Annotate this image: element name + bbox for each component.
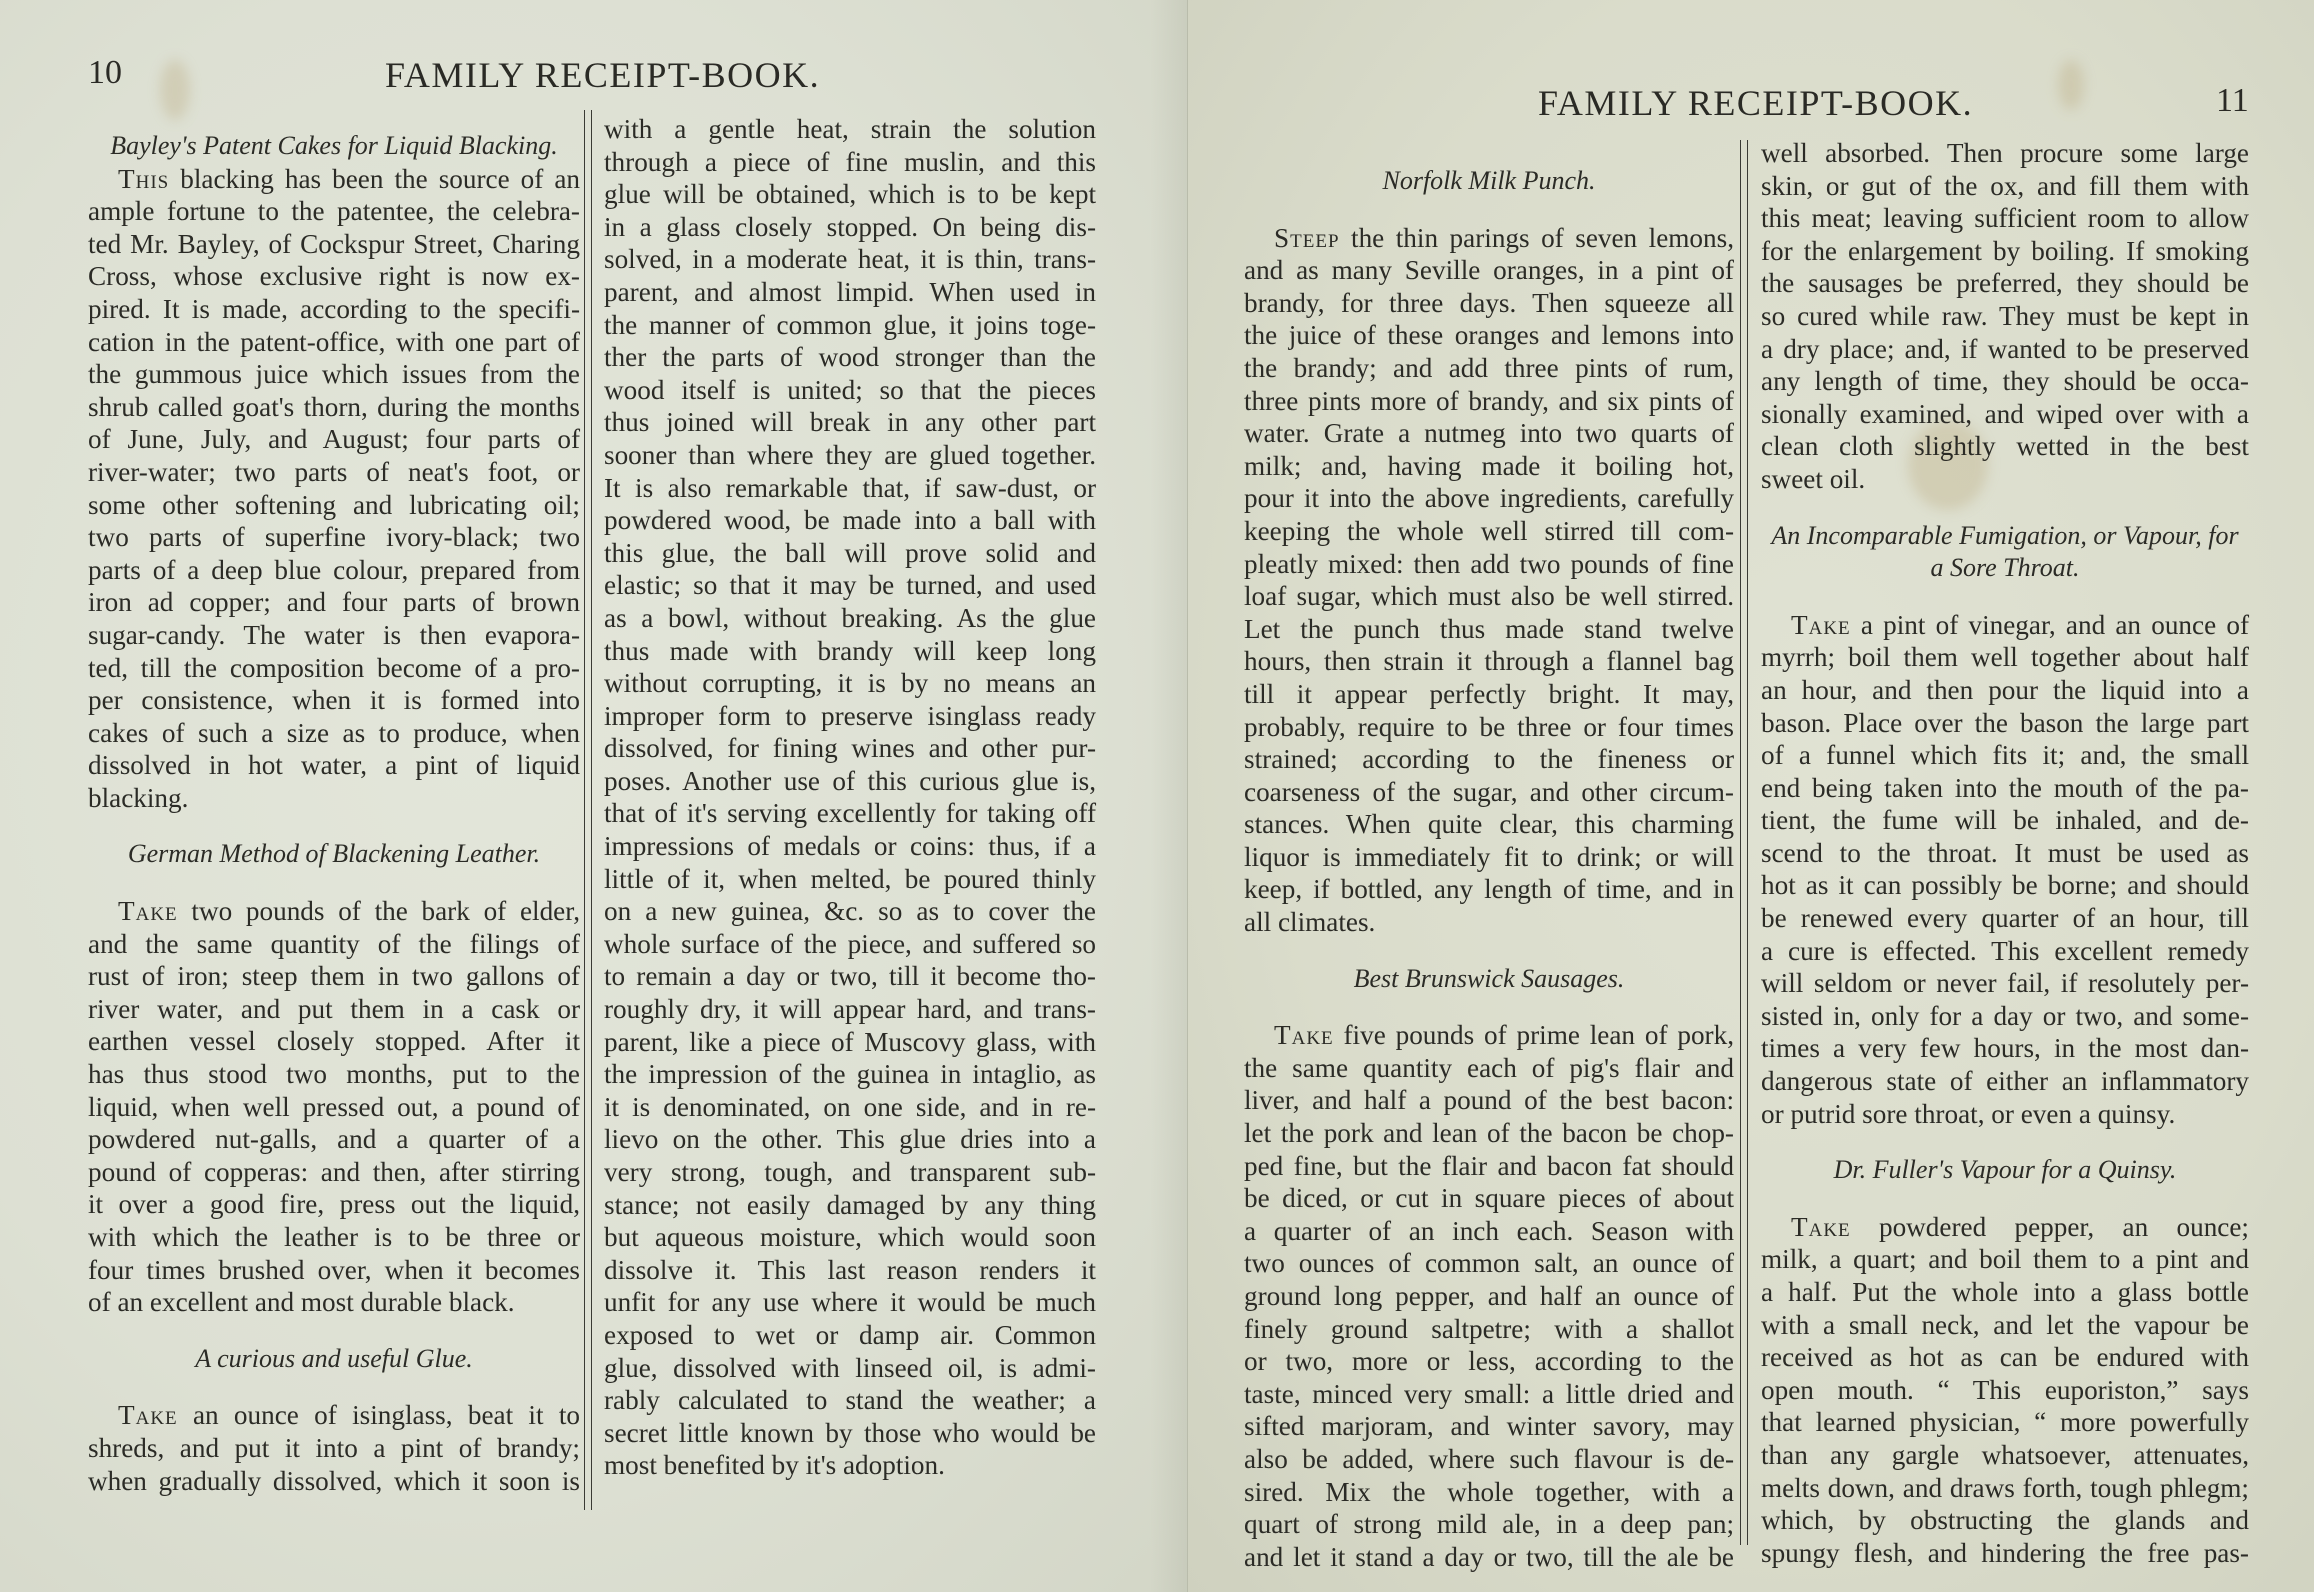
line-text: a cure is effected. This excellent remed… [1761, 936, 2249, 966]
line-text: stance; not easily damaged by any thing [604, 1190, 1096, 1220]
line-text: well absorbed. Then procure some large [1761, 138, 2249, 168]
text-line: sionally examined, and wiped over with a [1761, 398, 2249, 431]
paragraph-gap [88, 1319, 580, 1343]
line-text: four times brushed over, when it becomes [88, 1255, 580, 1285]
text-line: cation in the patent-office, with one pa… [88, 326, 580, 359]
text-line: pired. It is made, according to the spec… [88, 293, 580, 326]
text-line: when gradually dissolved, which it soon … [88, 1465, 580, 1498]
text-line: finely ground saltpetre; with a shallot [1244, 1313, 1734, 1346]
text-line: Let the punch thus made stand twelve [1244, 613, 1734, 646]
line-text: powdered pepper, an ounce; [1851, 1212, 2249, 1242]
line-text: It is also remarkable that, if saw-dust,… [604, 473, 1096, 503]
text-line: and let it stand a day or two, till the … [1244, 1541, 1734, 1574]
line-text: sired. Mix the whole together, with a [1244, 1477, 1734, 1507]
line-text: as a bowl, without breaking. As the glue [604, 603, 1096, 633]
line-text: thus joined will break in any other part [604, 407, 1096, 437]
text-line: bason. Place over the bason the large pa… [1761, 707, 2249, 740]
text-line: be renewed every quarter of an hour, til… [1761, 902, 2249, 935]
line-text: two ounces of common salt, an ounce of [1244, 1248, 1734, 1278]
text-line: Take an ounce of isinglass, beat it to [88, 1399, 580, 1432]
text-line: till it appear perfectly bright. It may, [1244, 678, 1734, 711]
line-text: elastic; so that it may be turned, and u… [604, 570, 1096, 600]
line-text: blacking has been the source of an [169, 164, 580, 194]
small-caps-lead: This [118, 164, 169, 194]
line-text: keep, if bottled, any length of time, an… [1244, 874, 1734, 904]
text-line: the same quantity each of pig's flair an… [1244, 1052, 1734, 1085]
line-text: with a small neck, and let the vapour be [1761, 1310, 2249, 1340]
text-line: poses. Another use of this curious glue … [604, 765, 1096, 798]
line-text: parent, and almost limpid. When used in [604, 277, 1096, 307]
text-line: pour it into the above ingredients, care… [1244, 482, 1734, 515]
text-line: parent, and almost limpid. When used in [604, 276, 1096, 309]
line-text: of June, July, and August; four parts of [88, 424, 580, 454]
line-text: that of it's serving excellently for tak… [604, 798, 1096, 828]
line-text: roughly dry, it will appear hard, and tr… [604, 994, 1096, 1024]
line-text: wood itself is united; so that the piece… [604, 375, 1096, 405]
text-line: dissolved in hot water, a pint of liquid [88, 749, 580, 782]
text-line: with a small neck, and let the vapour be [1761, 1309, 2249, 1342]
text-line: on a new guinea, &c. so as to cover the [604, 895, 1096, 928]
line-text: a pint of vinegar, and an ounce of [1851, 610, 2249, 640]
text-line: probably, require to be three or four ti… [1244, 711, 1734, 744]
paragraph-gap [1761, 496, 2249, 520]
text-line: which, by obstructing the glands and [1761, 1504, 2249, 1537]
line-text: through a piece of fine muslin, and this [604, 147, 1096, 177]
line-text: sionally examined, and wiped over with a [1761, 399, 2249, 429]
line-text: bason. Place over the bason the large pa… [1761, 708, 2249, 738]
text-line: and as many Seville oranges, in a pint o… [1244, 254, 1734, 287]
line-text: pound of copperas: and then, after stirr… [88, 1157, 580, 1187]
line-text: milk; and, having made it boiling hot, [1244, 451, 1734, 481]
line-text: water. Grate a nutmeg into two quarts of [1244, 418, 1734, 448]
text-line: let the pork and lean of the bacon be ch… [1244, 1117, 1734, 1150]
text-line: Take a pint of vinegar, and an ounce of [1761, 609, 2249, 642]
text-line: coarseness of the sugar, and other circu… [1244, 776, 1734, 809]
text-line: sired. Mix the whole together, with a [1244, 1476, 1734, 1509]
text-line: ample fortune to the patentee, the celeb… [88, 195, 580, 228]
line-text: tient, the fume will be inhaled, and de- [1761, 805, 2249, 835]
line-text: or putrid sore throat, or even a quinsy. [1761, 1099, 2175, 1129]
line-text: an hour, and then pour the liquid into a [1761, 675, 2249, 705]
line-text: the same quantity each of pig's flair an… [1244, 1053, 1734, 1083]
text-line: liver, and half a pound of the best baco… [1244, 1084, 1734, 1117]
text-line: four times brushed over, when it becomes [88, 1254, 580, 1287]
text-line: parent, like a piece of Muscovy glass, w… [604, 1026, 1096, 1059]
text-line: Take five pounds of prime lean of pork, [1244, 1019, 1734, 1052]
line-text: spungy flesh, and hindering the free pas… [1761, 1538, 2249, 1568]
text-line: lievo on the other. This glue dries into… [604, 1123, 1096, 1156]
text-line: liquor is immediately fit to drink; or w… [1244, 841, 1734, 874]
text-line: in a glass closely stopped. On being dis… [604, 211, 1096, 244]
line-text: improper form to preserve isinglass read… [604, 701, 1096, 731]
line-text: liquor is immediately fit to drink; or w… [1244, 842, 1734, 872]
column-2: well absorbed. Then procure some largesk… [1761, 137, 2249, 1569]
text-line: thus made with brandy will keep long [604, 635, 1096, 668]
text-line: this glue, the ball will prove solid and [604, 537, 1096, 570]
text-line: impressions of medals or coins: thus, if… [604, 830, 1096, 863]
line-text: this glue, the ball will prove solid and [604, 538, 1096, 568]
line-text: cakes of such a size as to produce, when [88, 718, 580, 748]
text-line: but aqueous moisture, which would soon [604, 1221, 1096, 1254]
line-text: skin, or gut of the ox, and fill them wi… [1761, 171, 2249, 201]
left-page: 10 FAMILY RECEIPT-BOOK. Bayley's Patent … [0, 0, 1187, 1592]
line-text: sifted marjoram, and winter savory, may [1244, 1411, 1734, 1441]
line-text: in a glass closely stopped. On being dis… [604, 212, 1096, 242]
text-line: dangerous state of either an inflammator… [1761, 1065, 2249, 1098]
text-line: ped fine, but the flair and bacon fat sh… [1244, 1150, 1734, 1183]
text-line: skin, or gut of the ox, and fill them wi… [1761, 170, 2249, 203]
line-text: it is denominated, on one side, and in r… [604, 1092, 1096, 1122]
paragraph-gap [1244, 939, 1734, 963]
column-2: with a gentle heat, strain the solutiont… [604, 113, 1096, 1482]
column-1: Norfolk Milk Punch.Steep the thin paring… [1244, 165, 1734, 1573]
line-text: the juice of these oranges and lemons in… [1244, 320, 1734, 350]
line-text: most benefited by it's adoption. [604, 1450, 945, 1480]
line-text: ted, till the composition become of a pr… [88, 653, 580, 683]
text-line: Steep the thin parings of seven lemons, [1244, 222, 1734, 255]
text-line: dissolved, for fining wines and other pu… [604, 732, 1096, 765]
line-text: pleatly mixed: then add two pounds of fi… [1244, 549, 1734, 579]
text-line: rably calculated to stand the weather; a [604, 1384, 1096, 1417]
line-text: which, by obstructing the glands and [1761, 1505, 2249, 1535]
text-line: pound of copperas: and then, after stirr… [88, 1156, 580, 1189]
text-line: myrrh; boil them well together about hal… [1761, 641, 2249, 674]
text-line: water. Grate a nutmeg into two quarts of [1244, 417, 1734, 450]
line-text: the thin parings of seven lemons, [1340, 223, 1734, 253]
text-line: or two, more or less, according to the [1244, 1345, 1734, 1378]
text-line: the juice of these oranges and lemons in… [1244, 319, 1734, 352]
line-text: it over a good fire, press out the liqui… [88, 1189, 580, 1219]
text-line: the sausages be preferred, they should b… [1761, 267, 2249, 300]
text-line: clean cloth slightly wetted in the best [1761, 430, 2249, 463]
text-line: Take two pounds of the bark of elder, [88, 895, 580, 928]
line-text: received as hot as can be endured with [1761, 1342, 2249, 1372]
text-line: blacking. [88, 782, 580, 815]
text-line: It is also remarkable that, if saw-dust,… [604, 472, 1096, 505]
line-text: ground long pepper, and half an ounce of [1244, 1281, 1734, 1311]
text-line: taste, minced very small: a little dried… [1244, 1378, 1734, 1411]
line-text: but aqueous moisture, which would soon [604, 1222, 1096, 1252]
line-text: ample fortune to the patentee, the celeb… [88, 196, 580, 226]
gutter-shadow [1150, 0, 1187, 1592]
line-text: pired. It is made, according to the spec… [88, 294, 580, 324]
text-line: a half. Put the whole into a glass bottl… [1761, 1276, 2249, 1309]
line-text: Cross, whose exclusive right is now ex- [88, 261, 580, 291]
recipe-heading: A curious and useful Glue. [88, 1343, 580, 1376]
text-line: without corrupting, it is by no means an [604, 667, 1096, 700]
line-text: that learned physician, “ more powerfull… [1761, 1407, 2249, 1437]
text-line: glue will be obtained, which is to be ke… [604, 178, 1096, 211]
text-line: the brandy; and add three pints of rum, [1244, 352, 1734, 385]
text-line: received as hot as can be endured with [1761, 1341, 2249, 1374]
paragraph-gap [1244, 995, 1734, 1019]
text-line: of a funnel which fits it; and, the smal… [1761, 739, 2249, 772]
text-line: the manner of common glue, it joins toge… [604, 309, 1096, 342]
line-text: has thus stood two months, put to the [88, 1059, 580, 1089]
line-text: of an excellent and most durable black. [88, 1287, 515, 1317]
line-text: river-water; two parts of neat's foot, o… [88, 457, 580, 487]
text-line: strained; according to the fineness or [1244, 743, 1734, 776]
text-line: of an excellent and most durable black. [88, 1286, 580, 1319]
line-text: be renewed every quarter of an hour, til… [1761, 903, 2249, 933]
text-line: tient, the fume will be inhaled, and de- [1761, 804, 2249, 837]
recipe-heading: Dr. Fuller's Vapour for a Quinsy. [1761, 1154, 2249, 1187]
text-line: that learned physician, “ more powerfull… [1761, 1406, 2249, 1439]
text-line: end being taken into the mouth of the pa… [1761, 772, 2249, 805]
paragraph-gap [1761, 585, 2249, 609]
text-line: and the same quantity of the filings of [88, 928, 580, 961]
line-text: also be added, where such flavour is de- [1244, 1444, 1734, 1474]
text-line: iron ad copper; and four parts of brown [88, 586, 580, 619]
line-text: sugar-candy. The water is then evapora- [88, 620, 580, 650]
text-line: brandy, for three days. Then squeeze all [1244, 287, 1734, 320]
text-line: than any gargle whatsoever, attenuates, [1761, 1439, 2249, 1472]
text-line: shrub called goat's thorn, during the mo… [88, 391, 580, 424]
line-text: three pints more of brandy, and six pint… [1244, 386, 1734, 416]
line-text: when gradually dissolved, which it soon … [88, 1466, 580, 1496]
right-page: FAMILY RECEIPT-BOOK. 11 Norfolk Milk Pun… [1187, 0, 2314, 1592]
line-text: a quarter of an inch each. Season with [1244, 1216, 1734, 1246]
text-line: well absorbed. Then procure some large [1761, 137, 2249, 170]
line-text: liver, and half a pound of the best baco… [1244, 1085, 1734, 1115]
line-text: pour it into the above ingredients, care… [1244, 483, 1734, 513]
line-text: the manner of common glue, it joins toge… [604, 310, 1096, 340]
paragraph-gap [1244, 198, 1734, 222]
line-text: taste, minced very small: a little dried… [1244, 1379, 1734, 1409]
text-line: stance; not easily damaged by any thing [604, 1189, 1096, 1222]
line-text: scend to the throat. It must be used as [1761, 838, 2249, 868]
text-line: ground long pepper, and half an ounce of [1244, 1280, 1734, 1313]
line-text: probably, require to be three or four ti… [1244, 712, 1734, 742]
line-text: shrub called goat's thorn, during the mo… [88, 392, 580, 422]
running-head: FAMILY RECEIPT-BOOK. [385, 54, 820, 96]
recipe-heading: German Method of Blackening Leather. [88, 838, 580, 871]
paper-stain [2058, 60, 2084, 110]
text-line: a dry place; and, if wanted to be preser… [1761, 333, 2249, 366]
line-text: of a funnel which fits it; and, the smal… [1761, 740, 2249, 770]
line-text: keeping the whole well stirred till com- [1244, 516, 1734, 546]
text-line: sisted in, only for a day or two, and so… [1761, 1000, 2249, 1033]
text-line: rust of iron; steep them in two gallons … [88, 960, 580, 993]
line-text: solved, in a moderate heat, it is thin, … [604, 244, 1096, 274]
line-text: some other softening and lubricating oil… [88, 490, 580, 520]
recipe-heading: Best Brunswick Sausages. [1244, 963, 1734, 996]
line-text: secret little known by those who would b… [604, 1418, 1096, 1448]
line-text: impressions of medals or coins: thus, if… [604, 831, 1096, 861]
line-text: on a new guinea, &c. so as to cover the [604, 896, 1096, 926]
line-text: unfit for any use where it would be much [604, 1287, 1096, 1317]
line-text: blacking. [88, 783, 188, 813]
line-text: whole surface of the piece, and suffered… [604, 929, 1096, 959]
text-line: loaf sugar, which must also be well stir… [1244, 580, 1734, 613]
text-line: two parts of superfine ivory-black; two [88, 521, 580, 554]
recipe-heading: a Sore Throat. [1761, 552, 2249, 585]
text-line: any length of time, they should be occa- [1761, 365, 2249, 398]
text-line: two ounces of common salt, an ounce of [1244, 1247, 1734, 1280]
line-text: or two, more or less, according to the [1244, 1346, 1734, 1376]
line-text: finely ground saltpetre; with a shallot [1244, 1314, 1734, 1344]
line-text: will seldom or never fail, if resolutely… [1761, 968, 2249, 998]
line-text: quart of strong mild ale, in a deep pan; [1244, 1509, 1734, 1539]
line-text: per consistence, when it is formed into [88, 685, 580, 715]
line-text: let the pork and lean of the bacon be ch… [1244, 1118, 1734, 1148]
line-text: hot as it can possibly be borne; and sho… [1761, 870, 2249, 900]
line-text: poses. Another use of this curious glue … [604, 766, 1096, 796]
small-caps-lead: Take [1791, 610, 1851, 640]
line-text: and let it stand a day or two, till the … [1244, 1542, 1734, 1572]
text-line: the gummous juice which issues from the [88, 358, 580, 391]
line-text: exposed to wet or damp air. Common [604, 1320, 1096, 1350]
text-line: or putrid sore throat, or even a quinsy. [1761, 1098, 2249, 1131]
text-line: three pints more of brandy, and six pint… [1244, 385, 1734, 418]
paragraph-gap [1761, 1187, 2249, 1211]
text-line: sifted marjoram, and winter savory, may [1244, 1410, 1734, 1443]
text-line: milk; and, having made it boiling hot, [1244, 450, 1734, 483]
line-text: ped fine, but the flair and bacon fat sh… [1244, 1151, 1734, 1181]
text-line: powdered nut-galls, and a quarter of a [88, 1123, 580, 1156]
text-line: thus joined will break in any other part [604, 406, 1096, 439]
line-text: dissolve it. This last reason renders it [604, 1255, 1096, 1285]
line-text: coarseness of the sugar, and other circu… [1244, 777, 1734, 807]
line-text: myrrh; boil them well together about hal… [1761, 642, 2249, 672]
line-text: dangerous state of either an inflammator… [1761, 1066, 2249, 1096]
text-line: sweet oil. [1761, 463, 2249, 496]
text-line: elastic; so that it may be turned, and u… [604, 569, 1096, 602]
line-text: so cured while raw. They must be kept in [1761, 301, 2249, 331]
text-line: of June, July, and August; four parts of [88, 423, 580, 456]
text-line: earthen vessel closely stopped. After it [88, 1025, 580, 1058]
line-text: this meat; leaving sufficient room to al… [1761, 203, 2249, 233]
line-text: five pounds of prime lean of pork, [1334, 1020, 1734, 1050]
line-text: a half. Put the whole into a glass bottl… [1761, 1277, 2249, 1307]
small-caps-lead: Take [1791, 1212, 1851, 1242]
small-caps-lead: Take [118, 896, 178, 926]
line-text: be diced, or cut in square pieces of abo… [1244, 1183, 1734, 1213]
text-line: a cure is effected. This excellent remed… [1761, 935, 2249, 968]
text-line: Cross, whose exclusive right is now ex- [88, 260, 580, 293]
text-line: keep, if bottled, any length of time, an… [1244, 873, 1734, 906]
paragraph-gap [88, 871, 580, 895]
text-line: some other softening and lubricating oil… [88, 489, 580, 522]
text-line: most benefited by it's adoption. [604, 1449, 1096, 1482]
text-line: a quarter of an inch each. Season with [1244, 1215, 1734, 1248]
text-line: has thus stood two months, put to the [88, 1058, 580, 1091]
line-text: powdered nut-galls, and a quarter of a [88, 1124, 580, 1154]
text-line: Take powdered pepper, an ounce; [1761, 1211, 2249, 1244]
text-line: be diced, or cut in square pieces of abo… [1244, 1182, 1734, 1215]
recipe-heading: An Incomparable Fumigation, or Vapour, f… [1761, 520, 2249, 553]
text-line: keeping the whole well stirred till com- [1244, 515, 1734, 548]
text-line: This blacking has been the source of an [88, 163, 580, 196]
line-text: thus made with brandy will keep long [604, 636, 1096, 666]
text-line: an hour, and then pour the liquid into a [1761, 674, 2249, 707]
line-text: the impression of the guinea in intaglio… [604, 1059, 1096, 1089]
text-line: dissolve it. This last reason renders it [604, 1254, 1096, 1287]
line-text: dissolved, for fining wines and other pu… [604, 733, 1096, 763]
text-line: sugar-candy. The water is then evapora- [88, 619, 580, 652]
text-line: with a gentle heat, strain the solution [604, 113, 1096, 146]
text-line: pleatly mixed: then add two pounds of fi… [1244, 548, 1734, 581]
text-line: through a piece of fine muslin, and this [604, 146, 1096, 179]
text-line: quart of strong mild ale, in a deep pan; [1244, 1508, 1734, 1541]
line-text: clean cloth slightly wetted in the best [1761, 431, 2249, 461]
column-1: Bayley's Patent Cakes for Liquid Blackin… [88, 130, 580, 1497]
line-text: the brandy; and add three pints of rum, [1244, 353, 1734, 383]
line-text: glue will be obtained, which is to be ke… [604, 179, 1096, 209]
paper-stain [160, 60, 190, 120]
line-text: rust of iron; steep them in two gallons … [88, 961, 580, 991]
line-text: two parts of superfine ivory-black; two [88, 522, 580, 552]
text-line: this meat; leaving sufficient room to al… [1761, 202, 2249, 235]
line-text: parent, like a piece of Muscovy glass, w… [604, 1027, 1096, 1057]
paragraph-gap [88, 1375, 580, 1399]
text-line: wood itself is united; so that the piece… [604, 374, 1096, 407]
text-line: river water, and put them in a cask or [88, 993, 580, 1026]
page-number: 10 [88, 54, 122, 92]
text-line: open mouth. “ This euporiston,” says [1761, 1374, 2249, 1407]
text-line: all climates. [1244, 906, 1734, 939]
line-text: liquid, when well pressed out, a pound o… [88, 1092, 580, 1122]
line-text: for the enlargement by boiling. If smoki… [1761, 236, 2249, 266]
line-text: two pounds of the bark of elder, [178, 896, 580, 926]
line-text: dissolved in hot water, a pint of liquid [88, 750, 580, 780]
text-line: parts of a deep blue colour, prepared fr… [88, 554, 580, 587]
text-line: times a very few hours, in the most dan- [1761, 1032, 2249, 1065]
paragraph-gap [88, 814, 580, 838]
text-line: it over a good fire, press out the liqui… [88, 1188, 580, 1221]
text-line: will seldom or never fail, if resolutely… [1761, 967, 2249, 1000]
line-text: Let the punch thus made stand twelve [1244, 614, 1734, 644]
page-number: 11 [2216, 82, 2249, 120]
text-line: it is denominated, on one side, and in r… [604, 1091, 1096, 1124]
line-text: with which the leather is to be three or [88, 1222, 580, 1252]
text-line: milk, a quart; and boil them to a pint a… [1761, 1243, 2249, 1276]
line-text: hours, then strain it through a flannel … [1244, 646, 1734, 676]
line-text: end being taken into the mouth of the pa… [1761, 773, 2249, 803]
text-line: roughly dry, it will appear hard, and tr… [604, 993, 1096, 1026]
column-divider-rule [584, 110, 592, 1510]
text-line: whole surface of the piece, and suffered… [604, 928, 1096, 961]
text-line: stances. When quite clear, this charming [1244, 808, 1734, 841]
text-line: ther the parts of wood stronger than the [604, 341, 1096, 374]
text-line: for the enlargement by boiling. If smoki… [1761, 235, 2249, 268]
line-text: earthen vessel closely stopped. After it [88, 1026, 580, 1056]
text-line: very strong, tough, and transparent sub- [604, 1156, 1096, 1189]
text-line: river-water; two parts of neat's foot, o… [88, 456, 580, 489]
line-text: open mouth. “ This euporiston,” says [1761, 1375, 2249, 1405]
line-text: iron ad copper; and four parts of brown [88, 587, 580, 617]
paragraph-gap [1761, 1130, 2249, 1154]
line-text: rably calculated to stand the weather; a [604, 1385, 1096, 1415]
text-line: powdered wood, be made into a ball with [604, 504, 1096, 537]
text-line: glue, dissolved with linseed oil, is adm… [604, 1352, 1096, 1385]
text-line: also be added, where such flavour is de- [1244, 1443, 1734, 1476]
text-line: the impression of the guinea in intaglio… [604, 1058, 1096, 1091]
line-text: with a gentle heat, strain the solution [604, 114, 1096, 144]
line-text: an ounce of isinglass, beat it to [178, 1400, 580, 1430]
line-text: sweet oil. [1761, 464, 1865, 494]
line-text: any length of time, they should be occa- [1761, 366, 2249, 396]
text-line: unfit for any use where it would be much [604, 1286, 1096, 1319]
text-line: as a bowl, without breaking. As the glue [604, 602, 1096, 635]
line-text: parts of a deep blue colour, prepared fr… [88, 555, 580, 585]
text-line: scend to the throat. It must be used as [1761, 837, 2249, 870]
text-line: cakes of such a size as to produce, when [88, 717, 580, 750]
text-line: that of it's serving excellently for tak… [604, 797, 1096, 830]
text-line: hours, then strain it through a flannel … [1244, 645, 1734, 678]
line-text: melts down, and draws forth, tough phleg… [1761, 1473, 2249, 1503]
text-line: shreds, and put it into a pint of brandy… [88, 1432, 580, 1465]
